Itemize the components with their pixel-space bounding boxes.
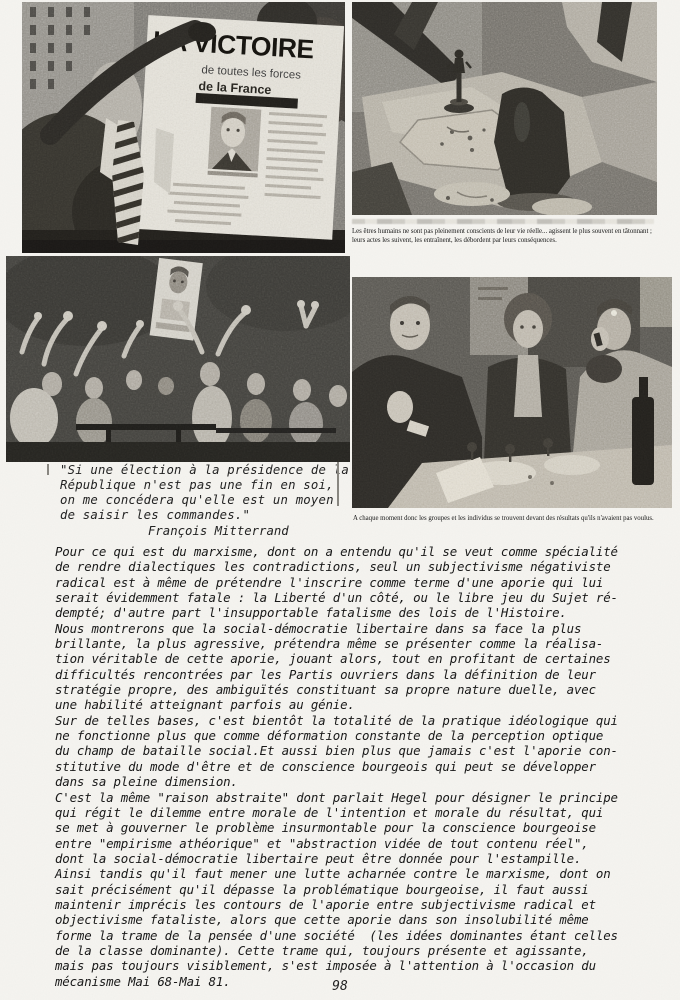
page-number: 98 — [0, 979, 680, 995]
photo-beings-art — [352, 2, 657, 215]
photocopy-smudge — [352, 219, 654, 224]
photo-results — [352, 277, 672, 508]
photo-victoire: LA VICTOIRE de toutes les forces de la F… — [22, 2, 345, 253]
photo-victoire-art: LA VICTOIRE de toutes les forces de la F… — [22, 2, 345, 253]
quote-text: "Si une élection à la présidence de la R… — [60, 463, 349, 523]
body-text: Pour ce qui est du marxisme, dont on a e… — [55, 544, 647, 989]
document-page: LA VICTOIRE de toutes les forces de la F… — [0, 0, 680, 1000]
photo-beings-caption: Les êtres humains ne sont pas pleinement… — [352, 227, 660, 245]
quote-attribution: François Mitterrand — [148, 524, 349, 539]
photo-results-caption: A chaque moment donc les groupes et les … — [353, 514, 677, 523]
photo-results-art — [352, 277, 672, 508]
photocopy-artifact — [47, 464, 49, 475]
mitterrand-quote: "Si une élection à la présidence de la R… — [60, 463, 349, 539]
photo-crowd-art — [6, 256, 350, 462]
photo-beings — [352, 2, 657, 215]
photocopy-artifact — [337, 462, 339, 506]
photo-crowd — [6, 256, 350, 462]
